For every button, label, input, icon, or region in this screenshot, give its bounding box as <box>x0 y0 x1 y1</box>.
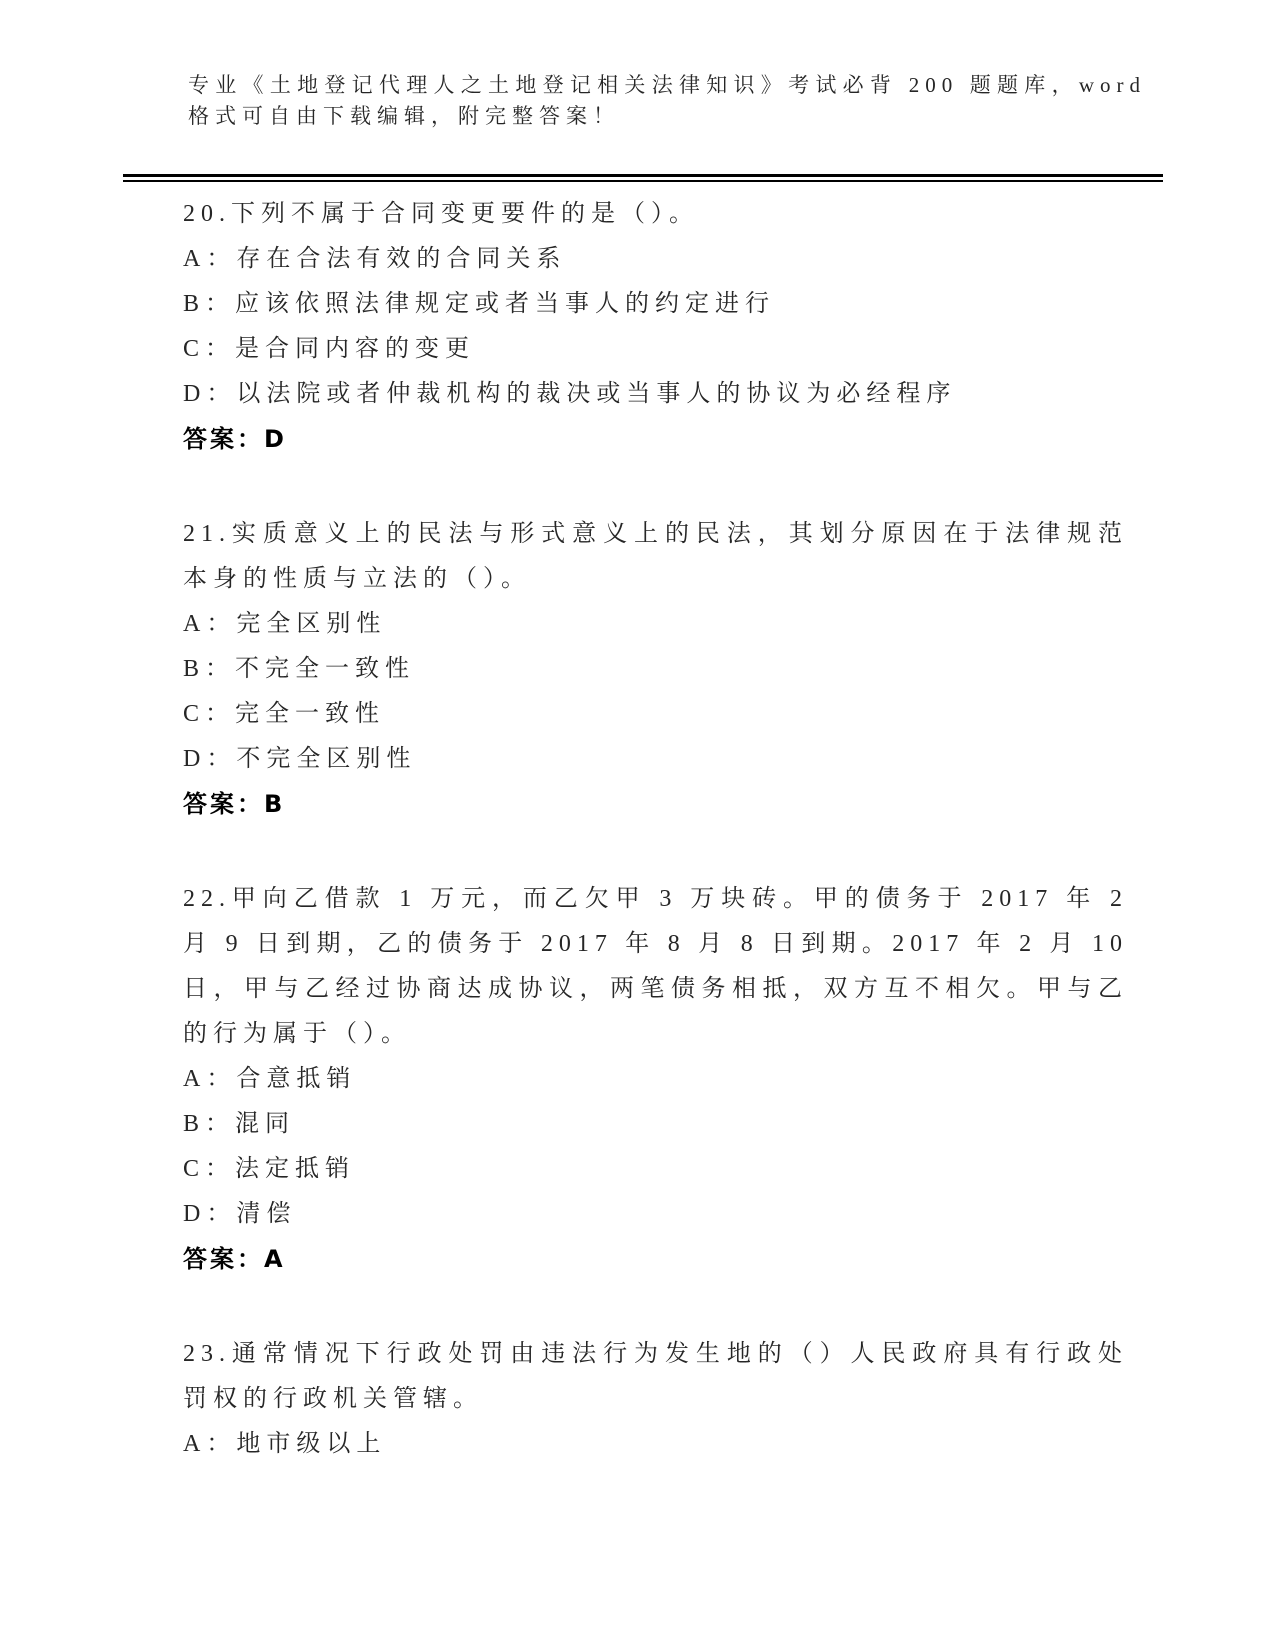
questions-list: 20.下列不属于合同变更要件的是（）。 A：存在合法有效的合同关系 B：应该依照… <box>183 192 1128 1517</box>
divider-thick-line <box>123 174 1163 177</box>
header-divider <box>123 174 1163 182</box>
question-stem: 21.实质意义上的民法与形式意义上的民法，其划分原因在于法律规范本身的性质与立法… <box>183 512 1128 602</box>
question-block-23: 23.通常情况下行政处罚由违法行为发生地的（）人民政府具有行政处罚权的行政机关管… <box>183 1332 1128 1467</box>
question-stem: 22.甲向乙借款 1 万元，而乙欠甲 3 万块砖。甲的债务于 2017 年 2 … <box>183 877 1128 1057</box>
option-c: C：法定抵销 <box>183 1147 1128 1192</box>
option-a: A：存在合法有效的合同关系 <box>183 237 1128 282</box>
question-stem: 23.通常情况下行政处罚由违法行为发生地的（）人民政府具有行政处罚权的行政机关管… <box>183 1332 1128 1422</box>
answer-line: 答案：B <box>183 782 1128 827</box>
option-b: B：不完全一致性 <box>183 647 1128 692</box>
option-c: C：完全一致性 <box>183 692 1128 737</box>
option-a: A：完全区别性 <box>183 602 1128 647</box>
option-b: B：混同 <box>183 1102 1128 1147</box>
page-header: 专业《土地登记代理人之土地登记相关法律知识》考试必背 200 题题库，word … <box>188 70 1146 132</box>
option-a: A：地市级以上 <box>183 1422 1128 1467</box>
divider-thin-line <box>123 180 1163 182</box>
question-block-20: 20.下列不属于合同变更要件的是（）。 A：存在合法有效的合同关系 B：应该依照… <box>183 192 1128 462</box>
option-d: D：以法院或者仲裁机构的裁决或当事人的协议为必经程序 <box>183 372 1128 417</box>
question-block-22: 22.甲向乙借款 1 万元，而乙欠甲 3 万块砖。甲的债务于 2017 年 2 … <box>183 877 1128 1282</box>
option-d: D：不完全区别性 <box>183 737 1128 782</box>
option-d: D：清偿 <box>183 1192 1128 1237</box>
header-text: 专业《土地登记代理人之土地登记相关法律知识》考试必背 200 题题库，word … <box>188 70 1146 132</box>
option-b: B：应该依照法律规定或者当事人的约定进行 <box>183 282 1128 327</box>
question-block-21: 21.实质意义上的民法与形式意义上的民法，其划分原因在于法律规范本身的性质与立法… <box>183 512 1128 827</box>
document-page: { "document": { "header_text": "专业《土地登记代… <box>0 0 1275 1650</box>
answer-line: 答案：A <box>183 1237 1128 1282</box>
option-a: A：合意抵销 <box>183 1057 1128 1102</box>
option-c: C：是合同内容的变更 <box>183 327 1128 372</box>
answer-line: 答案：D <box>183 417 1128 462</box>
question-stem: 20.下列不属于合同变更要件的是（）。 <box>183 192 1128 237</box>
